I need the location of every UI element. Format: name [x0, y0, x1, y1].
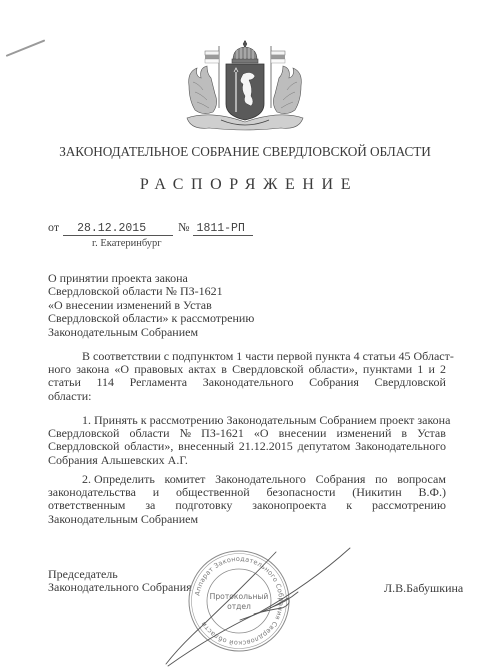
word: Регламента: [130, 376, 188, 389]
document-subject: О принятии проекта закона Свердловской о…: [48, 272, 308, 339]
subject-line: О принятии проекта закона: [48, 272, 308, 285]
word: Собрания: [309, 376, 359, 389]
handwritten-signature: [150, 540, 380, 671]
word: Законодательным Собранием: [48, 513, 198, 526]
word: подготовку: [175, 499, 232, 512]
text-line: статьи114РегламентаЗаконодательногоСобра…: [48, 376, 446, 389]
organization-name: ЗАКОНОДАТЕЛЬНОЕ СОБРАНИЕ СВЕРДЛОВСКОЙ ОБ…: [0, 144, 490, 160]
item-1-paragraph: 1. Принять к рассмотрению Законодательны…: [48, 414, 446, 467]
date-label: от: [48, 220, 59, 235]
word: 21.12.2015: [239, 440, 293, 453]
pen-mark: [6, 39, 46, 57]
word: Собрания Альшевских А.Г.: [48, 454, 188, 467]
subject-line: Законодательным Собранием: [48, 326, 308, 339]
word: «О: [114, 363, 129, 376]
word: Законодательного: [355, 440, 446, 453]
document-type-title: РАСПОРЯЖЕНИЕ: [0, 176, 490, 194]
text-line: Законодательным Собранием: [48, 513, 446, 526]
text-line: ответственнымзаподготовкузаконопроектакр…: [48, 499, 446, 512]
date-number-line: от 28.12.2015 № 1811-РП: [48, 220, 253, 236]
word: 114: [96, 376, 114, 389]
coat-of-arms-emblem: [181, 38, 309, 134]
basis-paragraph: В соответствии с подпунктом 1 части перв…: [48, 350, 446, 403]
text-line: Собрания Альшевских А.Г.: [48, 454, 446, 467]
word: Законодательного: [203, 376, 294, 389]
word: рассмотрению: [372, 499, 446, 512]
word: к: [346, 499, 352, 512]
word: Свердловской: [375, 376, 446, 389]
date-field: 28.12.2015: [63, 222, 173, 236]
city: г. Екатеринбург: [92, 238, 162, 249]
word: законопроекта: [252, 499, 326, 512]
signer-name: Л.В.Бабушкина: [384, 581, 463, 596]
number-field: 1811-РП: [193, 222, 253, 236]
subject-line: Свердловской области» к рассмотрению: [48, 312, 308, 325]
word: области:: [48, 390, 91, 403]
word: депутатом: [298, 440, 351, 453]
word: внесенный: [178, 440, 234, 453]
word: области»,: [124, 440, 173, 453]
word: за: [145, 499, 155, 512]
number-label: №: [178, 220, 189, 235]
item-2-paragraph: 2. ОпределитькомитетЗаконодательногоСобр…: [48, 473, 446, 526]
word: Свердловской: [48, 440, 119, 453]
subject-line: «О внесении изменений в Устав: [48, 299, 308, 312]
text-line: области:: [48, 390, 446, 403]
word: статьи: [48, 376, 81, 389]
subject-line: Свердловской области № ПЗ-1621: [48, 285, 308, 298]
word: ответственным: [48, 499, 125, 512]
text-line: Свердловскойобласти»,внесенный21.12.2015…: [48, 440, 446, 453]
